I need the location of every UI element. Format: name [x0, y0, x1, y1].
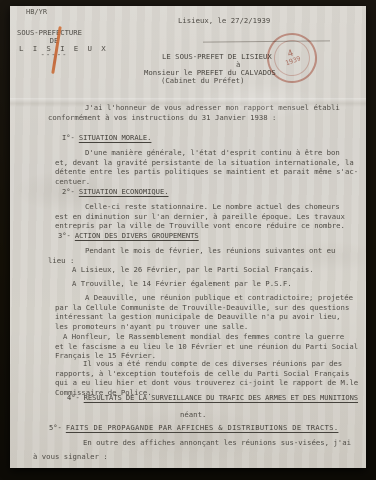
- section-4-number: 4°-: [67, 393, 80, 402]
- meeting-item-trouville: A Trouville, le 14 Février également par…: [72, 279, 376, 289]
- dateline: Lisieux, le 27/2/1939: [178, 16, 270, 26]
- section-1-title: SITUATION MORALE.: [79, 133, 152, 142]
- paragraph-intro: J'ai l'honneur de vous adresser mon rapp…: [48, 103, 363, 122]
- section-1-heading: I°-SITUATION MORALE.: [62, 133, 151, 143]
- stamp-year: 1939: [285, 55, 302, 67]
- section-3-title: ACTION DES DIVERS GROUPEMENTS: [75, 231, 199, 240]
- closing-line: à vous signaler :: [33, 452, 108, 462]
- section-5-heading: 5°-FAITS DE PROPAGANDE PAR AFFICHES & DI…: [49, 423, 338, 433]
- section-1-paragraph: D'une manière générale, l'état d'esprit …: [55, 148, 363, 187]
- recipient-cabinet: (Cabinet du Préfet): [161, 76, 244, 86]
- section-3-number: 3°-: [58, 231, 71, 240]
- reference-initials: HB/YR: [26, 8, 47, 18]
- section-5-title: FAITS DE PROPAGANDE PAR AFFICHES & DISTR…: [66, 423, 339, 432]
- scan-background: HB/YR SOUS-PREFECTURE DE L I S I E U X -…: [0, 0, 376, 480]
- section-2-heading: 2°-SITUATION ECONOMIQUE.: [62, 187, 169, 197]
- section-5-paragraph: En outre des affiches annonçant les réun…: [83, 438, 376, 448]
- section-2-title: SITUATION ECONOMIQUE.: [79, 187, 169, 196]
- section-4-note: néant.: [180, 410, 206, 420]
- section-4-title: RESULTATS DE LA SURVEILLANCE DU TRAFIC D…: [84, 393, 358, 402]
- section-5-number: 5°-: [49, 423, 62, 432]
- meeting-item-honfleur: A Honfleur, le Rassemblement mondial des…: [55, 332, 366, 361]
- document-page: HB/YR SOUS-PREFECTURE DE L I S I E U X -…: [10, 6, 366, 468]
- section-3-heading: 3°-ACTION DES DIVERS GROUPEMENTS: [58, 231, 199, 241]
- arrival-stamp-date: 4 1939: [263, 29, 322, 88]
- section-2-number: 2°-: [62, 187, 75, 196]
- meeting-item-lisieux: A Lisieux, le 26 Février, par le Parti S…: [72, 265, 376, 275]
- meeting-item-deauville: A Deauville, une réunion publique et con…: [55, 293, 363, 332]
- section-1-number: I°-: [62, 133, 75, 142]
- section-3-paragraph-1: Pendant le mois de février, les réunions…: [48, 246, 363, 265]
- section-2-paragraph: Celle-ci reste stationnaire. Le nombre a…: [55, 202, 363, 231]
- section-4-heading: 4°-RESULTATS DE LA SURVEILLANCE DU TRAFI…: [67, 393, 358, 403]
- arrival-stamp: 4 1939: [262, 28, 323, 89]
- sender-line: LE SOUS-PREFET DE LISIEUX: [162, 52, 272, 62]
- section-3-paragraph-reports: Il vous a été rendu compte de ces divers…: [55, 359, 366, 398]
